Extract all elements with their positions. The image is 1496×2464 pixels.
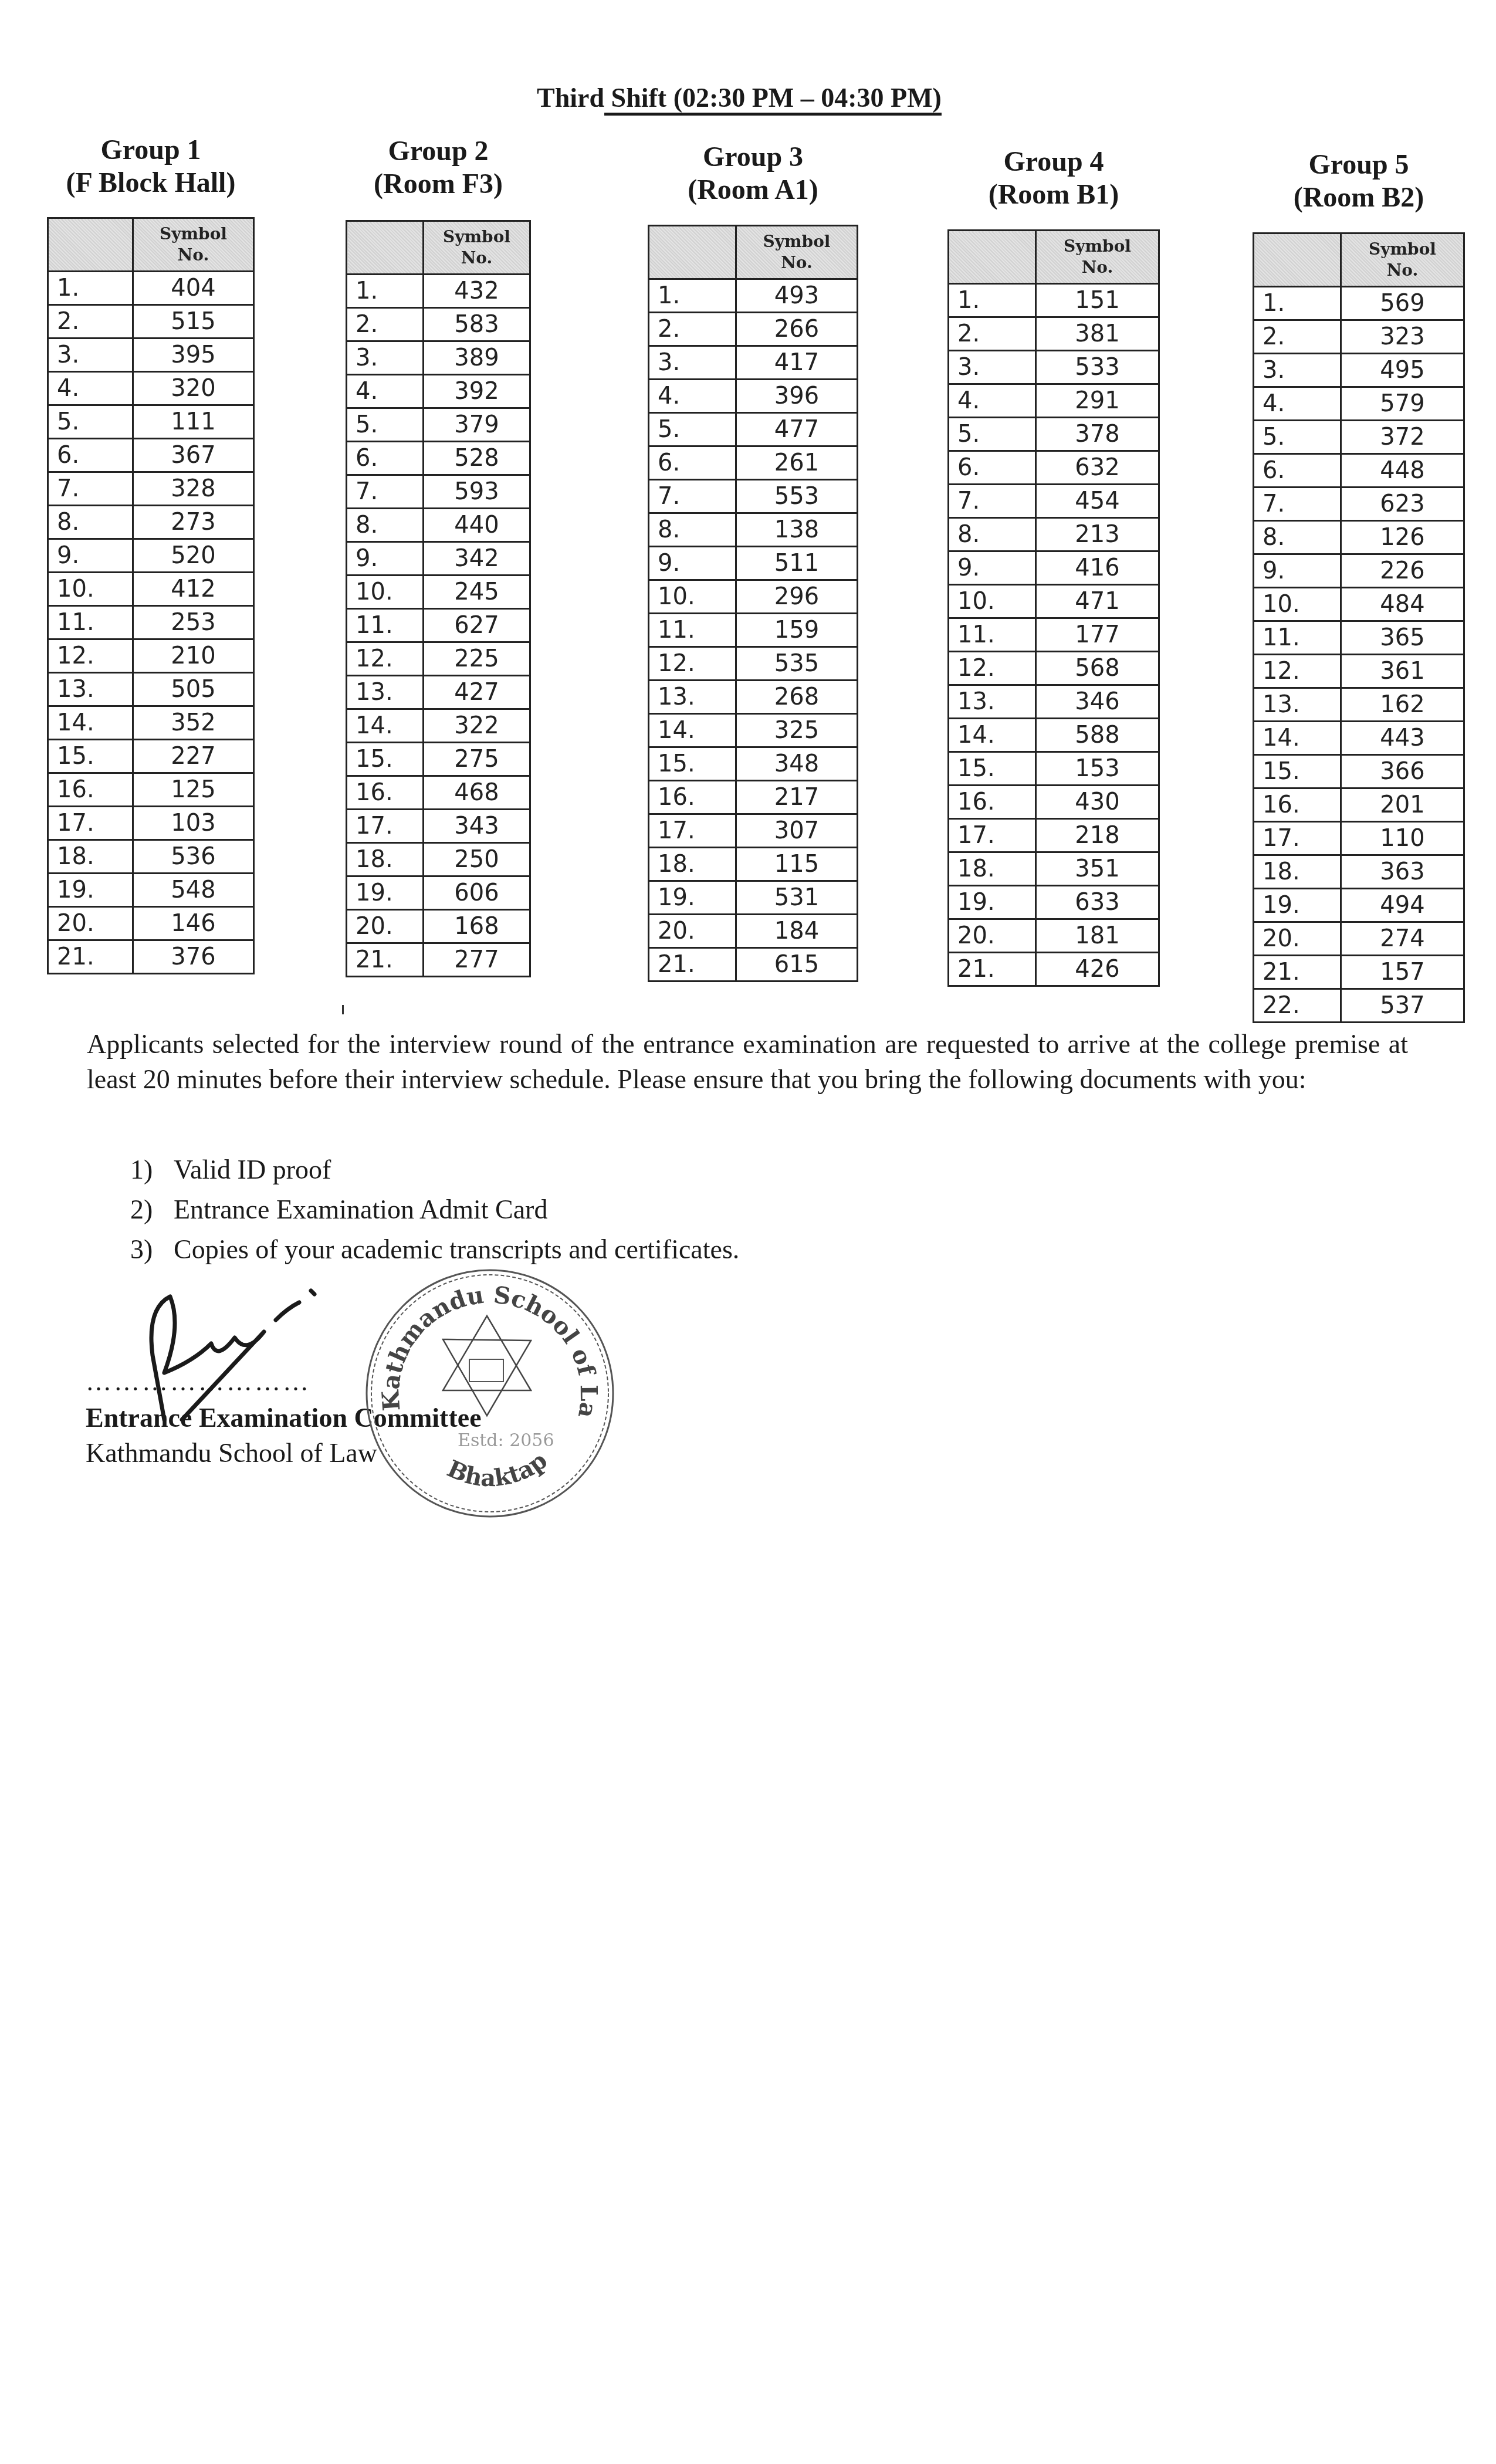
symbol-no-cell: 343 (424, 810, 530, 843)
table-row: 7.553 (649, 480, 858, 513)
serial-cell: 18. (949, 852, 1036, 886)
table-row: 17.110 (1254, 822, 1464, 855)
table-row: 10.412 (48, 573, 254, 606)
serial-cell: 11. (48, 606, 133, 639)
serial-cell: 2. (949, 317, 1036, 351)
serial-cell: 7. (48, 472, 133, 506)
serial-cell: 8. (347, 509, 424, 542)
table-row: 13.162 (1254, 688, 1464, 722)
table-row: 20.184 (649, 915, 858, 948)
serial-cell: 9. (1254, 554, 1341, 588)
symbol-no-cell: 537 (1341, 989, 1464, 1023)
serial-cell: 6. (48, 439, 133, 472)
table-row: 16.468 (347, 776, 530, 810)
serial-cell: 5. (48, 405, 133, 439)
serial-cell: 2. (1254, 320, 1341, 354)
group-name: Group 3 (648, 141, 858, 174)
table-row: 12.568 (949, 652, 1159, 685)
symbol-no-cell: 266 (736, 313, 858, 346)
table-row: 6.632 (949, 451, 1159, 485)
serial-cell: 1. (48, 272, 133, 305)
serial-cell: 4. (1254, 387, 1341, 421)
serial-cell: 3. (347, 341, 424, 375)
table-row: 18.363 (1254, 855, 1464, 889)
serial-cell: 3. (649, 346, 736, 380)
serial-cell: 12. (649, 647, 736, 681)
symbol-no-cell: 505 (133, 673, 254, 706)
serial-cell: 21. (48, 940, 133, 974)
table-row: 16.201 (1254, 788, 1464, 822)
symbol-no-cell: 268 (736, 681, 858, 714)
table-row: 18.115 (649, 848, 858, 881)
symbol-no-cell: 569 (1341, 287, 1464, 320)
serial-cell: 3. (1254, 354, 1341, 387)
serial-cell: 16. (48, 773, 133, 807)
serial-cell: 12. (1254, 655, 1341, 688)
signature-line: …………………… (86, 1367, 311, 1397)
table-row: 1.432 (347, 275, 530, 308)
symbol-no-cell: 623 (1341, 488, 1464, 521)
symbol-no-cell: 583 (424, 308, 530, 341)
symbol-no-cell: 372 (1341, 421, 1464, 454)
serial-cell: 14. (1254, 722, 1341, 755)
serial-cell: 17. (949, 819, 1036, 852)
serial-cell: 2. (649, 313, 736, 346)
serial-cell: 6. (649, 446, 736, 480)
table-row: 8.440 (347, 509, 530, 542)
serial-cell: 13. (949, 685, 1036, 719)
table-row: 15.227 (48, 740, 254, 773)
serial-cell: 12. (347, 642, 424, 676)
symbol-no-cell: 417 (736, 346, 858, 380)
table-row: 4.396 (649, 380, 858, 413)
serial-cell: 20. (649, 915, 736, 948)
table-row: 8.213 (949, 518, 1159, 551)
serial-cell: 17. (347, 810, 424, 843)
table-row: 11.253 (48, 606, 254, 639)
school-name: Kathmandu School of Law (86, 1437, 377, 1468)
serial-cell: 15. (1254, 755, 1341, 788)
symbol-no-cell: 110 (1341, 822, 1464, 855)
symbol-no-cell: 151 (1036, 284, 1159, 317)
symbol-no-header: SymbolNo. (736, 226, 858, 279)
symbol-no-cell: 395 (133, 339, 254, 372)
symbol-no-cell: 495 (1341, 354, 1464, 387)
table-row: 11.177 (949, 618, 1159, 652)
symbol-no-cell: 325 (736, 714, 858, 747)
table-row: 14.322 (347, 709, 530, 743)
serial-cell: 6. (347, 442, 424, 475)
symbol-no-header: SymbolNo. (1036, 231, 1159, 284)
symbol-no-cell: 146 (133, 907, 254, 940)
symbol-no-cell: 416 (1036, 551, 1159, 585)
symbol-no-cell: 389 (424, 341, 530, 375)
serial-cell: 10. (48, 573, 133, 606)
table-row: 11.627 (347, 609, 530, 642)
symbol-no-cell: 515 (133, 305, 254, 339)
serial-cell: 14. (649, 714, 736, 747)
symbol-no-cell: 261 (736, 446, 858, 480)
table-row: 4.392 (347, 375, 530, 408)
serial-cell: 13. (48, 673, 133, 706)
symbol-no-cell: 579 (1341, 387, 1464, 421)
table-row: 18.250 (347, 843, 530, 876)
symbol-no-cell: 323 (1341, 320, 1464, 354)
serial-cell: 7. (1254, 488, 1341, 521)
group-room: (F Block Hall) (47, 167, 255, 199)
symbol-no-cell: 361 (1341, 655, 1464, 688)
symbol-no-cell: 346 (1036, 685, 1159, 719)
table-row: 13.427 (347, 676, 530, 709)
symbol-no-cell: 184 (736, 915, 858, 948)
table-row: 11.365 (1254, 621, 1464, 655)
table-row: 16.217 (649, 781, 858, 814)
serial-cell: 16. (1254, 788, 1341, 822)
symbol-no-cell: 328 (133, 472, 254, 506)
table-row: 8.126 (1254, 521, 1464, 554)
table-row: 9.416 (949, 551, 1159, 585)
symbol-no-cell: 440 (424, 509, 530, 542)
serial-cell: 18. (1254, 855, 1341, 889)
table-row: 6.528 (347, 442, 530, 475)
serial-cell: 16. (649, 781, 736, 814)
serial-cell: 2. (48, 305, 133, 339)
serial-cell: 16. (949, 786, 1036, 819)
symbol-no-cell: 531 (736, 881, 858, 915)
serial-cell: 13. (347, 676, 424, 709)
table-row: 16.125 (48, 773, 254, 807)
table-row: 11.159 (649, 614, 858, 647)
table-row: 10.471 (949, 585, 1159, 618)
symbol-no-cell: 291 (1036, 384, 1159, 418)
serial-cell: 21. (347, 943, 424, 977)
serial-cell: 17. (1254, 822, 1341, 855)
shift-title-time: Shift (02:30 PM – 04:30 PM) (604, 83, 942, 113)
symbol-no-cell: 365 (1341, 621, 1464, 655)
table-row: 1.493 (649, 279, 858, 313)
symbol-no-cell: 250 (424, 843, 530, 876)
serial-cell: 8. (48, 506, 133, 539)
symbol-table: SymbolNo.1.5692.3233.4954.5795.3726.4487… (1253, 232, 1465, 1023)
symbol-no-cell: 153 (1036, 752, 1159, 786)
table-row: 15.153 (949, 752, 1159, 786)
serial-cell: 18. (347, 843, 424, 876)
table-row: 20.274 (1254, 922, 1464, 956)
table-row: 19.494 (1254, 889, 1464, 922)
table-row: 9.520 (48, 539, 254, 573)
table-row: 15.366 (1254, 755, 1464, 788)
symbol-no-cell: 274 (1341, 922, 1464, 956)
table-row: 3.417 (649, 346, 858, 380)
symbol-no-cell: 376 (133, 940, 254, 974)
symbol-no-cell: 381 (1036, 317, 1159, 351)
symbol-no-cell: 454 (1036, 485, 1159, 518)
table-row: 10.484 (1254, 588, 1464, 621)
table-row: 2.323 (1254, 320, 1464, 354)
serial-cell: 15. (949, 752, 1036, 786)
documents-list-item: 3)Copies of your academic transcripts an… (130, 1230, 739, 1270)
table-row: 13.268 (649, 681, 858, 714)
serial-cell: 5. (347, 408, 424, 442)
table-row: 6.261 (649, 446, 858, 480)
serial-cell: 17. (649, 814, 736, 848)
symbol-no-cell: 427 (424, 676, 530, 709)
group-name: Group 4 (947, 145, 1160, 178)
svg-text:Kathmandu School of Law: Kathmandu School of Law (361, 1264, 603, 1420)
symbol-no-cell: 430 (1036, 786, 1159, 819)
shift-title: Third Shift (02:30 PM – 04:30 PM) (537, 82, 942, 113)
table-row: 5.378 (949, 418, 1159, 451)
table-row: 2.583 (347, 308, 530, 341)
school-stamp-icon: Kathmandu School of Law Bhaktapur Estd: … (361, 1264, 619, 1522)
table-row: 2.266 (649, 313, 858, 346)
serial-cell: 21. (649, 948, 736, 981)
symbol-no-cell: 593 (424, 475, 530, 509)
symbol-no-cell: 277 (424, 943, 530, 977)
table-row: 14.588 (949, 719, 1159, 752)
table-row: 9.511 (649, 547, 858, 580)
serial-cell: 11. (649, 614, 736, 647)
serial-cell: 12. (949, 652, 1036, 685)
serial-cell: 4. (48, 372, 133, 405)
symbol-table: SymbolNo.1.1512.3813.5334.2915.3786.6327… (947, 229, 1160, 987)
serial-cell: 5. (649, 413, 736, 446)
table-row: 5.372 (1254, 421, 1464, 454)
table-row: 13.346 (949, 685, 1159, 719)
serial-cell: 8. (649, 513, 736, 547)
symbol-no-cell: 351 (1036, 852, 1159, 886)
serial-cell: 11. (347, 609, 424, 642)
table-row: 8.273 (48, 506, 254, 539)
group-room: (Room F3) (346, 168, 531, 201)
group-name: Group 1 (47, 134, 255, 167)
table-header-row: SymbolNo. (949, 231, 1159, 284)
table-row: 3.495 (1254, 354, 1464, 387)
table-row: 19.606 (347, 876, 530, 910)
symbol-no-cell: 159 (736, 614, 858, 647)
serial-cell: 20. (347, 910, 424, 943)
symbol-no-cell: 528 (424, 442, 530, 475)
serial-cell: 19. (347, 876, 424, 910)
shift-title-prefix: Third (537, 83, 604, 113)
table-row: 6.448 (1254, 454, 1464, 488)
serial-header (949, 231, 1036, 284)
table-row: 10.245 (347, 576, 530, 609)
symbol-no-cell: 273 (133, 506, 254, 539)
symbol-no-cell: 227 (133, 740, 254, 773)
table-row: 17.307 (649, 814, 858, 848)
symbol-no-cell: 615 (736, 948, 858, 981)
serial-cell: 4. (949, 384, 1036, 418)
table-row: 4.320 (48, 372, 254, 405)
documents-list: 1)Valid ID proof 2)Entrance Examination … (130, 1150, 739, 1270)
table-row: 7.454 (949, 485, 1159, 518)
table-row: 14.325 (649, 714, 858, 747)
table-row: 4.579 (1254, 387, 1464, 421)
serial-header (1254, 233, 1341, 287)
symbol-no-cell: 157 (1341, 956, 1464, 989)
table-row: 14.352 (48, 706, 254, 740)
group-room: (Room A1) (648, 174, 858, 207)
stamp-est-text: Estd: 2056 (458, 1430, 554, 1451)
symbol-no-cell: 348 (736, 747, 858, 781)
serial-cell: 15. (48, 740, 133, 773)
table-header-row: SymbolNo. (347, 221, 530, 275)
symbol-no-cell: 225 (424, 642, 530, 676)
group-name: Group 2 (346, 135, 531, 168)
symbol-no-cell: 520 (133, 539, 254, 573)
symbol-no-cell: 426 (1036, 953, 1159, 986)
table-row: 19.531 (649, 881, 858, 915)
table-row: 21.426 (949, 953, 1159, 986)
documents-list-item: 1)Valid ID proof (130, 1150, 739, 1190)
serial-cell: 8. (949, 518, 1036, 551)
symbol-no-cell: 218 (1036, 819, 1159, 852)
serial-cell: 15. (649, 747, 736, 781)
serial-cell: 7. (649, 480, 736, 513)
serial-cell: 18. (649, 848, 736, 881)
table-row: 12.535 (649, 647, 858, 681)
table-row: 19.548 (48, 874, 254, 907)
group-name: Group 5 (1253, 148, 1465, 181)
table-row: 21.277 (347, 943, 530, 977)
table-header-row: SymbolNo. (649, 226, 858, 279)
serial-cell: 4. (649, 380, 736, 413)
table-row: 12.210 (48, 639, 254, 673)
table-row: 9.342 (347, 542, 530, 576)
table-row: 1.404 (48, 272, 254, 305)
table-header-row: SymbolNo. (1254, 233, 1464, 287)
serial-cell: 9. (48, 539, 133, 573)
symbol-no-cell: 511 (736, 547, 858, 580)
symbol-no-cell: 275 (424, 743, 530, 776)
symbol-no-cell: 404 (133, 272, 254, 305)
group-heading: Group 2(Room F3) (346, 135, 531, 201)
instructions-paragraph: Applicants selected for the interview ro… (87, 1027, 1408, 1097)
symbol-no-cell: 322 (424, 709, 530, 743)
table-row: 5.477 (649, 413, 858, 446)
table-row: 2.515 (48, 305, 254, 339)
table-row: 20.168 (347, 910, 530, 943)
serial-cell: 7. (347, 475, 424, 509)
serial-cell: 17. (48, 807, 133, 840)
symbol-no-cell: 392 (424, 375, 530, 408)
symbol-no-cell: 548 (133, 874, 254, 907)
serial-cell: 9. (347, 542, 424, 576)
serial-cell: 7. (949, 485, 1036, 518)
serial-cell: 5. (1254, 421, 1341, 454)
table-row: 16.430 (949, 786, 1159, 819)
serial-cell: 9. (949, 551, 1036, 585)
symbol-no-cell: 606 (424, 876, 530, 910)
serial-cell: 14. (347, 709, 424, 743)
table-row: 2.381 (949, 317, 1159, 351)
serial-cell: 20. (48, 907, 133, 940)
symbol-no-cell: 412 (133, 573, 254, 606)
symbol-no-cell: 253 (133, 606, 254, 639)
serial-cell: 13. (649, 681, 736, 714)
table-header-row: SymbolNo. (48, 218, 254, 272)
serial-cell: 10. (649, 580, 736, 614)
table-row: 7.328 (48, 472, 254, 506)
serial-header (649, 226, 736, 279)
serial-cell: 20. (1254, 922, 1341, 956)
table-row: 20.146 (48, 907, 254, 940)
serial-cell: 10. (949, 585, 1036, 618)
serial-cell: 22. (1254, 989, 1341, 1023)
symbol-no-cell: 379 (424, 408, 530, 442)
serial-cell: 21. (949, 953, 1036, 986)
symbol-no-header: SymbolNo. (133, 218, 254, 272)
table-row: 21.157 (1254, 956, 1464, 989)
serial-cell: 9. (649, 547, 736, 580)
symbol-no-cell: 103 (133, 807, 254, 840)
symbol-no-cell: 111 (133, 405, 254, 439)
table-row: 1.151 (949, 284, 1159, 317)
serial-cell: 1. (649, 279, 736, 313)
serial-cell: 12. (48, 639, 133, 673)
symbol-no-cell: 633 (1036, 886, 1159, 919)
symbol-no-cell: 448 (1341, 454, 1464, 488)
serial-cell: 1. (347, 275, 424, 308)
serial-cell: 2. (347, 308, 424, 341)
documents-list-item: 2)Entrance Examination Admit Card (130, 1190, 739, 1230)
table-row: 14.443 (1254, 722, 1464, 755)
symbol-no-cell: 366 (1341, 755, 1464, 788)
symbol-no-cell: 226 (1341, 554, 1464, 588)
table-row: 21.376 (48, 940, 254, 974)
serial-cell: 10. (1254, 588, 1341, 621)
table-row: 5.111 (48, 405, 254, 439)
table-row: 17.103 (48, 807, 254, 840)
symbol-no-cell: 568 (1036, 652, 1159, 685)
serial-cell: 5. (949, 418, 1036, 451)
symbol-no-cell: 342 (424, 542, 530, 576)
symbol-no-cell: 533 (1036, 351, 1159, 384)
serial-cell: 6. (1254, 454, 1341, 488)
symbol-no-cell: 213 (1036, 518, 1159, 551)
serial-cell: 19. (949, 886, 1036, 919)
serial-cell: 13. (1254, 688, 1341, 722)
table-row: 6.367 (48, 439, 254, 472)
table-row: 8.138 (649, 513, 858, 547)
table-row: 17.343 (347, 810, 530, 843)
group-heading: Group 4(Room B1) (947, 145, 1160, 211)
serial-cell: 14. (949, 719, 1036, 752)
table-row: 19.633 (949, 886, 1159, 919)
symbol-no-cell: 493 (736, 279, 858, 313)
stamp-top-text: Kathmandu School of Law (361, 1264, 603, 1420)
symbol-no-cell: 477 (736, 413, 858, 446)
serial-cell: 6. (949, 451, 1036, 485)
table-row: 3.395 (48, 339, 254, 372)
symbol-no-cell: 177 (1036, 618, 1159, 652)
table-row: 5.379 (347, 408, 530, 442)
table-row: 20.181 (949, 919, 1159, 953)
serial-header (347, 221, 424, 275)
table-row: 4.291 (949, 384, 1159, 418)
table-row: 10.296 (649, 580, 858, 614)
symbol-no-cell: 210 (133, 639, 254, 673)
serial-cell: 15. (347, 743, 424, 776)
symbol-no-cell: 320 (133, 372, 254, 405)
symbol-no-cell: 471 (1036, 585, 1159, 618)
symbol-no-cell: 162 (1341, 688, 1464, 722)
table-row: 12.225 (347, 642, 530, 676)
table-row: 13.505 (48, 673, 254, 706)
table-row: 12.361 (1254, 655, 1464, 688)
group-heading: Group 3(Room A1) (648, 141, 858, 207)
